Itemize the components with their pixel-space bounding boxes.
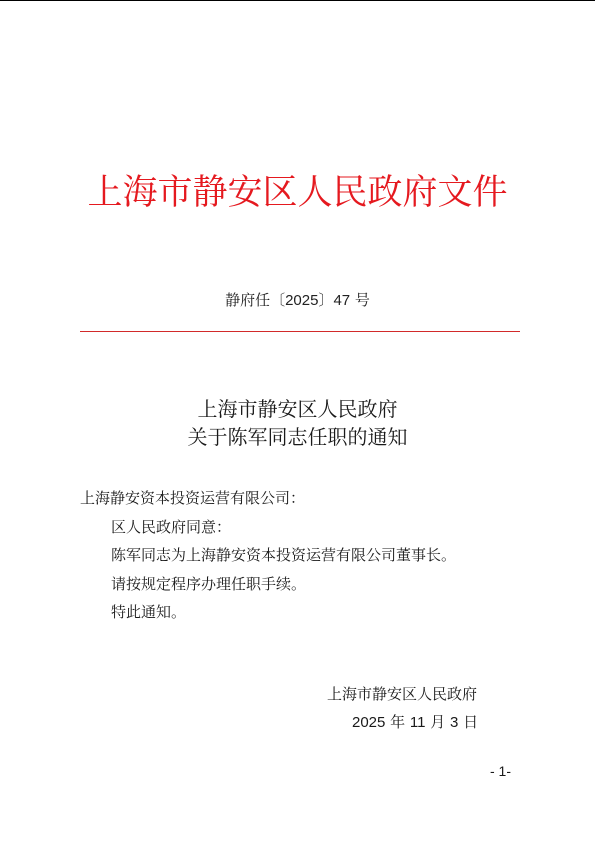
doc-number-mid: 〕	[318, 291, 333, 309]
doc-number-seq: 47	[333, 292, 350, 309]
document-body: 上海静安资本投资运营有限公司： 区人民政府同意： 陈军同志为上海静安资本投资运营…	[80, 484, 530, 627]
page-number: - 1-	[490, 762, 511, 780]
doc-number-year: 2025	[285, 292, 318, 309]
body-paragraph: 区人民政府同意：	[80, 513, 530, 542]
document-masthead: 上海市静安区人民政府文件	[0, 170, 595, 216]
date-day-unit: 日	[458, 713, 478, 731]
title-line-1: 上海市静安区人民政府	[0, 395, 595, 423]
red-divider-line	[80, 331, 520, 332]
doc-number-suffix: 号	[350, 291, 370, 309]
issue-date: 2025 年 11 月 3 日	[352, 708, 478, 737]
date-year-unit: 年	[385, 713, 410, 731]
date-year: 2025	[352, 714, 385, 731]
date-month-unit: 月	[426, 713, 451, 731]
title-line-2: 关于陈军同志任职的通知	[0, 423, 595, 451]
page-top-border	[0, 0, 595, 1]
body-paragraph: 特此通知。	[80, 598, 530, 627]
body-paragraph: 陈军同志为上海静安资本投资运营有限公司董事长。	[80, 541, 530, 570]
document-title: 上海市静安区人民政府 关于陈军同志任职的通知	[0, 395, 595, 451]
addressee: 上海静安资本投资运营有限公司：	[80, 484, 530, 513]
body-paragraph: 请按规定程序办理任职手续。	[80, 570, 530, 599]
issuer-name: 上海市静安区人民政府	[327, 680, 477, 708]
doc-number-prefix: 静府任〔	[225, 291, 285, 309]
date-month: 11	[410, 714, 426, 731]
document-number: 静府任〔2025〕47 号	[0, 290, 595, 311]
